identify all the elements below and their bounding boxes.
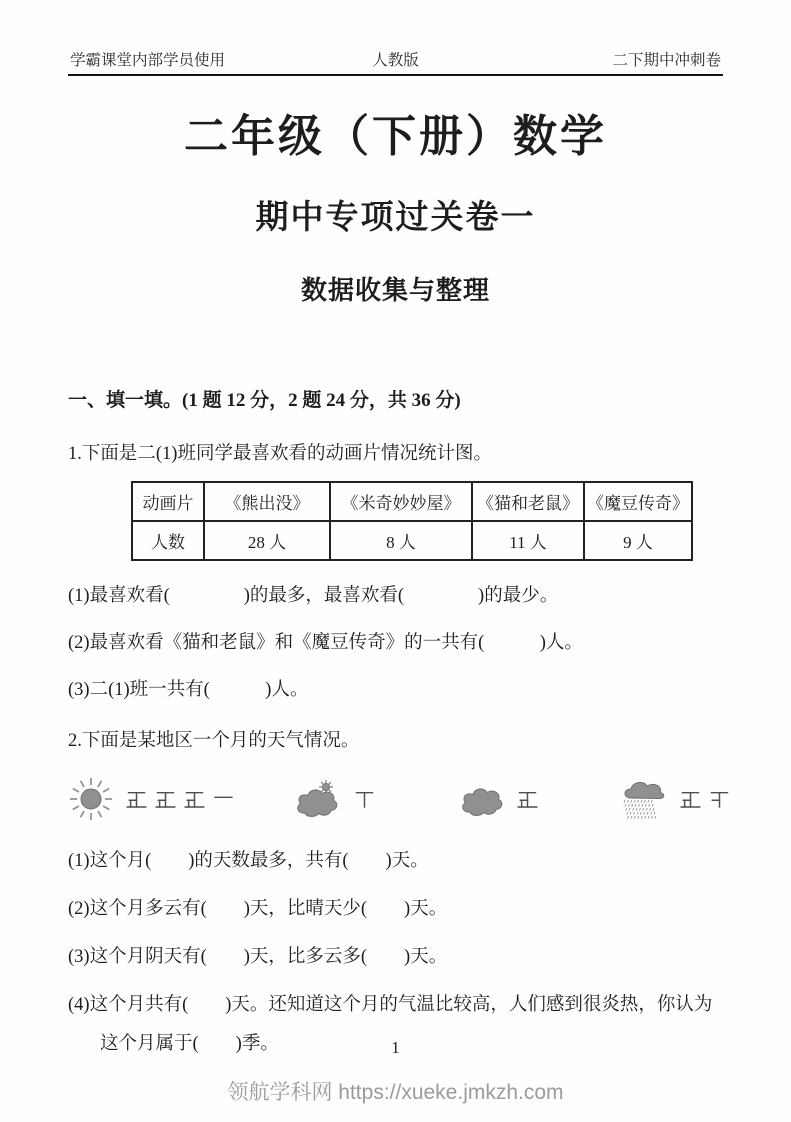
- question-1-blanks: (1)最喜欢看( )的最多，最喜欢看( )的最少。(2)最喜欢看《猫和老鼠》和《…: [0, 585, 791, 702]
- question-1-intro: 1.下面是二(1)班同学最喜欢看的动画片情况统计图。: [68, 443, 723, 466]
- fill-blank-line: (2)这个月多云有( )天，比晴天少( )天。: [68, 898, 723, 921]
- table-cell: 《熊出没》: [204, 482, 330, 521]
- table-cell: 11 人: [472, 521, 584, 560]
- header-right-text: 二下期中冲刺卷: [504, 48, 721, 70]
- cloud-icon: [457, 780, 505, 818]
- sun-icon: [68, 776, 114, 822]
- weather-tally-row: [68, 773, 723, 825]
- rain-cloud-icon: [620, 776, 668, 822]
- header-center-text: 人教版: [287, 48, 504, 70]
- table-value-row: 人数28 人8 人11 人9 人: [132, 521, 692, 560]
- tally-marks-sunny: [126, 787, 234, 811]
- weather-group-sunny: [68, 776, 234, 822]
- table-cell: 动画片: [132, 482, 204, 521]
- table-cell: 《猫和老鼠》: [472, 482, 584, 521]
- page-header: 学霸课堂内部学员使用 人教版 二下期中冲刺卷: [68, 0, 723, 76]
- fill-blank-line: (3)二(1)班一共有( )人。: [68, 679, 723, 702]
- tally-marks-rainy: [680, 787, 730, 811]
- table-cell: 《魔豆传奇》: [584, 482, 692, 521]
- sub-title: 期中专项过关卷一: [0, 191, 791, 238]
- table-cell: 9 人: [584, 521, 692, 560]
- weather-group-partly-cloudy: [292, 779, 375, 819]
- fill-blank-line: (4)这个月共有( )天。还知道这个月的气温比较高，人们感到很炎热，你认为: [68, 994, 723, 1017]
- watermark: 领航学科网 https://xueke.jmkzh.com: [0, 1076, 791, 1106]
- table-cell: 人数: [132, 521, 204, 560]
- weather-group-overcast: [457, 780, 538, 818]
- main-title: 二年级（下册）数学: [0, 100, 791, 164]
- section-one-heading: 一、填一填。(1 题 12 分，2 题 24 分，共 36 分): [68, 385, 723, 412]
- partly-cloudy-icon: [292, 779, 342, 819]
- fill-blank-line: (2)最喜欢看《猫和老鼠》和《魔豆传奇》的一共有( )人。: [68, 632, 723, 655]
- table-cell: 《米奇妙妙屋》: [330, 482, 472, 521]
- tally-marks-partly-cloudy: [354, 787, 375, 811]
- question-2-blanks: (1)这个月( )的天数最多，共有( )天。(2)这个月多云有( )天，比晴天少…: [0, 850, 791, 1057]
- page-number: 1: [0, 1038, 791, 1058]
- table-cell: 28 人: [204, 521, 330, 560]
- weather-group-rainy: [620, 776, 730, 822]
- fill-blank-line: (3)这个月阴天有( )天，比多云多( )天。: [68, 946, 723, 969]
- exam-page: 学霸课堂内部学员使用 人教版 二下期中冲刺卷 二年级（下册）数学 期中专项过关卷…: [0, 0, 791, 1122]
- question-2-intro: 2.下面是某地区一个月的天气情况。: [68, 730, 723, 753]
- header-left-text: 学霸课堂内部学员使用: [70, 48, 287, 70]
- fill-blank-line: (1)最喜欢看( )的最多，最喜欢看( )的最少。: [68, 585, 723, 608]
- cartoon-stats-table: 动画片《熊出没》《米奇妙妙屋》《猫和老鼠》《魔豆传奇》人数28 人8 人11 人…: [131, 481, 693, 561]
- table-cell: 8 人: [330, 521, 472, 560]
- topic-title: 数据收集与整理: [0, 270, 791, 307]
- tally-marks-overcast: [517, 787, 538, 811]
- table-header-row: 动画片《熊出没》《米奇妙妙屋》《猫和老鼠》《魔豆传奇》: [132, 482, 692, 521]
- fill-blank-line: (1)这个月( )的天数最多，共有( )天。: [68, 850, 723, 873]
